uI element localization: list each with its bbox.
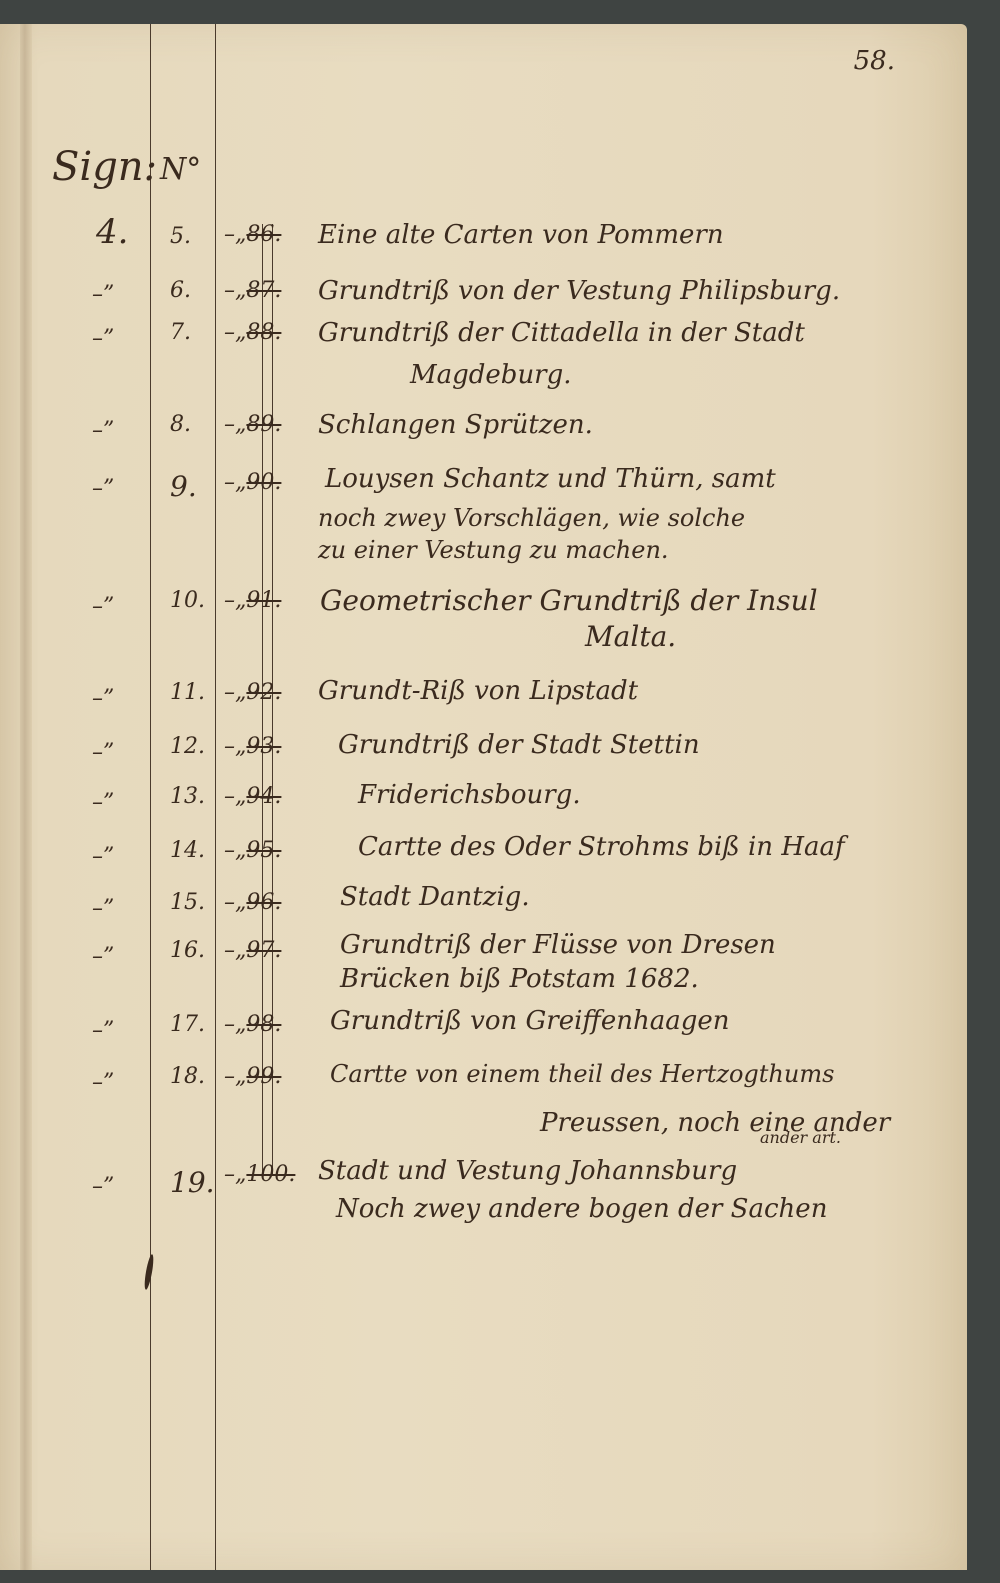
entry-old-number: –„95. [224, 838, 281, 863]
entry-description: Stadt und Vestung Johannsburg [318, 1156, 737, 1186]
entry-old-number: –„96. [224, 890, 281, 915]
entry-number: 13. [170, 784, 205, 809]
entry-old-number: –„97. [224, 938, 281, 963]
entry-old-number: –„91. [224, 588, 281, 613]
entry-number: 11. [170, 680, 205, 705]
entry-sign: –” [92, 686, 114, 711]
entry-old-number: –„100. [224, 1162, 295, 1187]
entry-old-number: –„86. [224, 222, 281, 247]
entry-number: 10. [170, 588, 205, 613]
ink-mark [143, 1254, 155, 1290]
header-number: N° [160, 152, 201, 187]
entry-description: Friderichsbourg. [358, 780, 581, 810]
entry-description-cont: Magdeburg. [410, 360, 572, 390]
binding-edge [20, 24, 32, 1570]
column-rule-right [215, 24, 216, 1570]
entry-description: Grundtriß von Greiffenhaagen [330, 1006, 729, 1036]
entry-number: 7. [170, 320, 191, 345]
entry-sign: –” [92, 418, 114, 443]
entry-description-cont: Noch zwey andere bogen der Sachen [336, 1194, 827, 1224]
entry-sign: –” [92, 790, 114, 815]
entry-old-number: –„92. [224, 680, 281, 705]
entry-description-cont: Malta. [585, 620, 676, 653]
entry-sign: 4. [96, 212, 128, 252]
entry-description: Grundt-Riß von Lipstadt [318, 676, 638, 706]
entry-sign: –” [92, 740, 114, 765]
entry-sign: –” [92, 476, 114, 501]
entry-number: 18. [170, 1064, 205, 1089]
entry-old-number: –„88. [224, 320, 281, 345]
entry-old-number: –„94. [224, 784, 281, 809]
entry-description: Eine alte Carten von Pommern [318, 220, 724, 250]
entry-description: Schlangen Sprützen. [318, 410, 593, 440]
entry-old-number: –„99. [224, 1064, 281, 1089]
entry-description: Grundtriß der Stadt Stettin [338, 730, 700, 760]
entry-sign: –” [92, 326, 114, 351]
entry-sign: –” [92, 594, 114, 619]
page-number: 58. [854, 46, 895, 76]
entry-sign: –” [92, 1018, 114, 1043]
entry-number: 17. [170, 1012, 205, 1037]
entry-number: 12. [170, 734, 205, 759]
entry-number: 5. [170, 224, 191, 249]
entry-old-number: –„89. [224, 412, 281, 437]
entry-number: 14. [170, 838, 205, 863]
header-signature: Sign: [52, 144, 157, 190]
entry-sign: –” [92, 1174, 114, 1199]
entry-sign: –” [92, 896, 114, 921]
entry-description-cont: zu einer Vestung zu machen. [318, 536, 669, 564]
entry-description: Grundtriß von der Vestung Philipsburg. [318, 276, 840, 306]
entry-number: 8. [170, 412, 191, 437]
entry-old-number: –„90. [224, 470, 281, 495]
entry-description-cont: noch zwey Vorschlägen, wie solche [318, 504, 745, 532]
entry-description: Cartte von einem theil des Hertzogthums [330, 1060, 834, 1088]
entry-number: 16. [170, 938, 205, 963]
entry-old-number: –„98. [224, 1012, 281, 1037]
entry-description: Geometrischer Grundtriß der Insul [320, 584, 818, 617]
entry-sign: –” [92, 282, 114, 307]
entry-description: Grundtriß der Flüsse von Dresen [340, 930, 776, 960]
entry-description-interlinear: ander art. [760, 1128, 841, 1147]
entry-number: 9. [170, 470, 197, 503]
entry-description: Louysen Schantz und Thürn, samt [325, 464, 776, 494]
entry-sign: –” [92, 1070, 114, 1095]
entry-number: 6. [170, 278, 191, 303]
entry-description-cont: Brücken biß Potstam 1682. [340, 964, 699, 994]
entry-description: Stadt Dantzig. [340, 882, 530, 912]
entry-sign: –” [92, 844, 114, 869]
column-rule-left [150, 24, 151, 1570]
entry-old-number: –„87. [224, 278, 281, 303]
entry-number: 15. [170, 890, 205, 915]
entry-number: 19. [170, 1166, 215, 1199]
entry-old-number: –„93. [224, 734, 281, 759]
manuscript-page: 58. Sign: N° 4. 5. –„86. Eine alte Carte… [0, 24, 967, 1570]
entry-description: Grundtriß der Cittadella in der Stadt [318, 318, 805, 348]
entry-description: Cartte des Oder Strohms biß in Haaf [358, 832, 845, 862]
entry-sign: –” [92, 944, 114, 969]
